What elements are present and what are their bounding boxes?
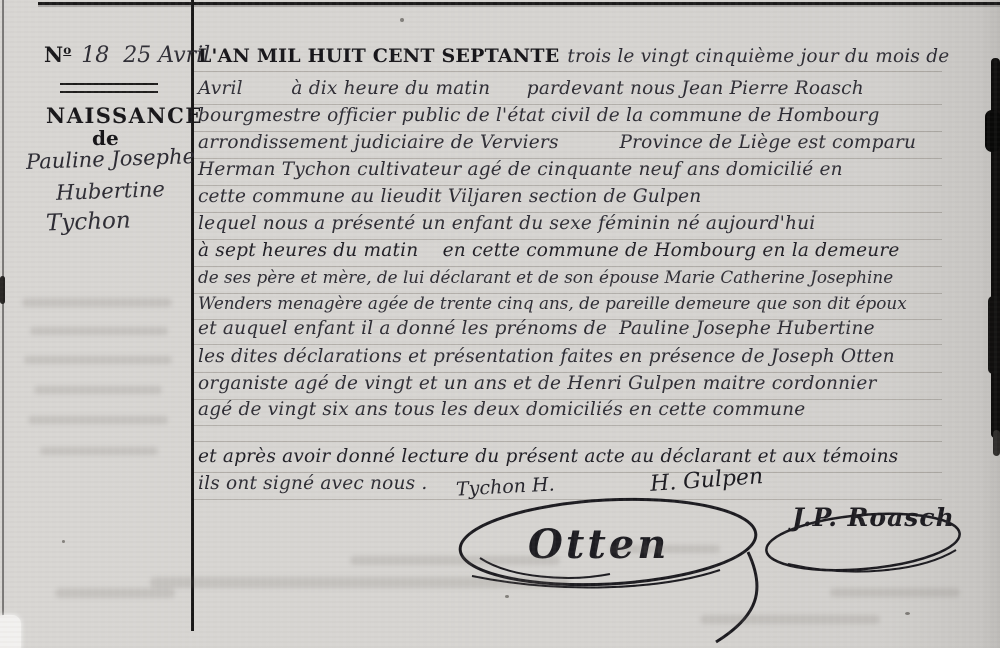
register-page: No1825 Avril NAISSANCE de Pauline Joseph… <box>0 0 1000 648</box>
bleed-through-mark <box>610 545 720 553</box>
act-line-7: lequel nous a présenté un enfant du sexe… <box>198 213 942 238</box>
act-line-3: bourgmestre officier public de l'état ci… <box>198 105 942 130</box>
bleed-through-mark <box>24 356 172 364</box>
ink-speck <box>505 595 509 598</box>
ink-speck <box>400 18 404 22</box>
act-line-5: Herman Tychon cultivateur agé de cinquan… <box>198 159 942 184</box>
blank-ruled-line <box>198 420 942 440</box>
act-line-4: arrondissement judiciaire de Verviers Pr… <box>198 132 942 157</box>
scan-corner-artifact <box>0 615 21 648</box>
bleed-through-mark <box>40 447 158 455</box>
page-left-edge-line <box>2 0 4 648</box>
act-body: L'AN MIL HUIT CENT SEPTANTEtrois le ving… <box>198 0 948 648</box>
left-edge-ink-mark <box>0 276 5 304</box>
bleed-through-mark <box>350 556 560 565</box>
act-line-12: les dites déclarations et présentation f… <box>198 346 942 371</box>
child-name-line: Pauline Josephe <box>26 144 196 174</box>
signature-officer-name: J.P. Roasch <box>788 503 955 532</box>
scan-edge-band <box>988 296 1000 374</box>
act-line-1: L'AN MIL HUIT CENT SEPTANTEtrois le ving… <box>198 45 942 70</box>
act-line-8: à sept heures du matin en cette commune … <box>198 240 942 265</box>
child-name-line: Hubertine <box>56 177 166 205</box>
act-line-15: et après avoir donné lecture du présent … <box>198 446 942 471</box>
bleed-through-mark <box>700 615 880 624</box>
ink-speck <box>62 540 65 543</box>
act-number: 18 <box>81 43 109 68</box>
act-number-line: No1825 Avril <box>44 42 210 68</box>
signature-officer-flourish: J.P. Roasch <box>760 482 970 582</box>
bleed-through-mark <box>830 588 960 597</box>
bleed-through-mark <box>34 386 162 394</box>
bleed-through-mark <box>22 298 172 307</box>
ink-speck <box>905 612 910 615</box>
bleed-through-mark <box>55 588 175 598</box>
act-line-10: Wenders menagère agée de trente cinq ans… <box>198 293 942 318</box>
scan-edge-band <box>993 430 1000 456</box>
bleed-through-mark <box>28 416 168 424</box>
margin-double-rule <box>60 83 158 93</box>
child-name-line: Tychon <box>46 208 132 237</box>
act-line-9: de ses père et mère, de lui déclarant et… <box>198 267 942 292</box>
act-line-11: et auquel enfant il a donné les prénoms … <box>198 318 942 343</box>
act-line-1-handwritten: trois le vingt cinquième jour du mois de <box>567 46 949 67</box>
margin-vertical-rule <box>191 0 194 631</box>
printed-opening: L'AN MIL HUIT CENT SEPTANTE <box>198 45 559 67</box>
act-line-2: Avril à dix heure du matin pardevant nou… <box>198 78 942 103</box>
no-label: No <box>44 42 71 67</box>
act-type-heading: NAISSANCE <box>46 103 203 128</box>
act-line-13: organiste agé de vingt et un ans et de H… <box>198 373 942 398</box>
act-line-6: cette commune au lieudit Viljaren sectio… <box>198 186 942 211</box>
bleed-through-mark <box>30 327 168 335</box>
scan-edge-band <box>985 110 1000 152</box>
bleed-through-mark <box>150 577 570 588</box>
